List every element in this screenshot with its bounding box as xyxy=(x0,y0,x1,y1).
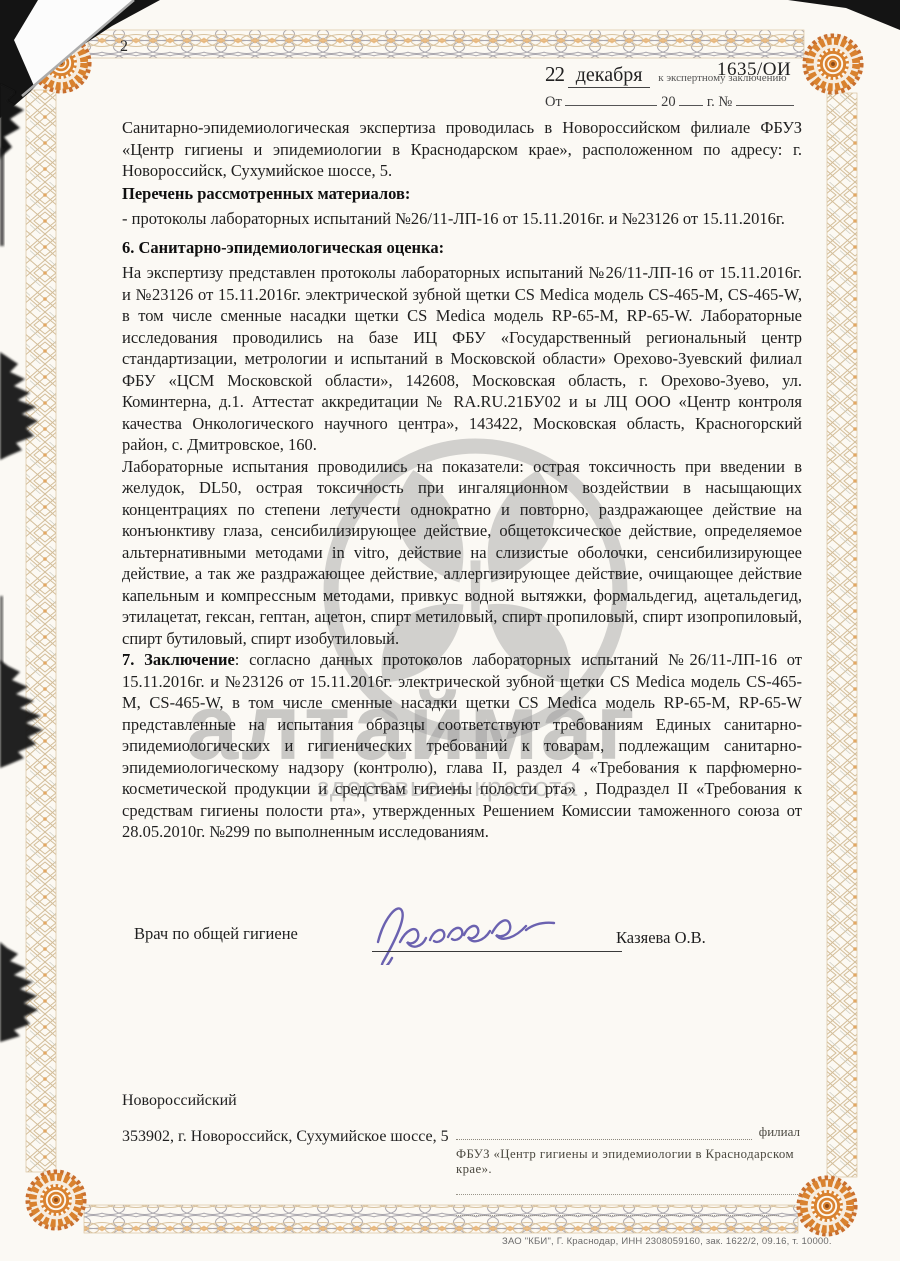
header-form-date-row: 22 декабря к экспертному заключению 1635… xyxy=(545,62,835,88)
section7-text: : согласно данных протоколов лабораторны… xyxy=(122,650,802,841)
materials-item: - протоколы лабораторных испытаний №26/1… xyxy=(122,208,802,230)
blank-line xyxy=(456,1127,752,1140)
printer-imprint: ЗАО "КБИ", Г. Краснодар, ИНН 2308059160,… xyxy=(502,1236,832,1247)
branch-address: 353902, г. Новороссийск, Сухумийское шос… xyxy=(122,1128,449,1146)
date-month: декабря xyxy=(568,64,651,88)
rosette-bottom-right xyxy=(797,1176,857,1236)
org-name: ФБУЗ «Центр гигиены и эпидемиологии в Кр… xyxy=(456,1147,800,1177)
section7-heading: 7. Заключение xyxy=(122,650,235,669)
filial-label: филиал xyxy=(759,1124,800,1140)
blank-line xyxy=(679,92,703,106)
rosette-top-left xyxy=(31,33,91,93)
rosette-bottom-left xyxy=(26,1170,86,1230)
border-band-left xyxy=(26,90,56,1172)
signer-name: Казяева О.В. xyxy=(616,928,706,948)
blank-line xyxy=(565,92,657,106)
branch-name: Новороссийский xyxy=(122,1092,237,1110)
section6-heading: 6. Санитарно-эпидемиологическая оценка: xyxy=(122,237,802,259)
from-label: От xyxy=(545,94,562,110)
year-suffix: г. № xyxy=(707,94,732,110)
blank-line xyxy=(456,1194,800,1195)
section7-paragraph: 7. Заключение: согласно данных протоколо… xyxy=(122,649,802,843)
intro-paragraph: Санитарно-эпидемиологическая экспертиза … xyxy=(122,117,802,182)
footer-org-block: филиал ФБУЗ «Центр гигиены и эпидемиолог… xyxy=(456,1124,800,1216)
handwritten-signature xyxy=(368,890,583,965)
header-form-number-row: От 20 г. № xyxy=(545,92,835,111)
filial-row: филиал xyxy=(456,1124,800,1140)
blank-line xyxy=(456,1215,779,1216)
materials-heading: Перечень рассмотренных материалов: xyxy=(122,183,802,205)
document-body: Санитарно-эпидемиологическая экспертиза … xyxy=(122,117,802,843)
section6-paragraph-1: На экспертизу представлен протоколы лабо… xyxy=(122,262,802,456)
blank-line xyxy=(736,92,794,106)
border-band-top xyxy=(88,30,804,58)
border-band-right xyxy=(827,93,857,1177)
doc-number: 1635/ОИ xyxy=(717,59,791,81)
signer-role: Врач по общей гигиене xyxy=(134,924,298,944)
signature-line xyxy=(372,951,622,952)
section6-paragraph-2: Лабораторные испытания проводились на по… xyxy=(122,456,802,650)
header-form: 22 декабря к экспертному заключению 1635… xyxy=(545,62,835,111)
year-prefix: 20 xyxy=(661,94,676,110)
page-number: 2 xyxy=(120,38,128,56)
date-day: 22 xyxy=(545,62,564,86)
scanned-document-page: алтаймаг здоровье и красота xyxy=(0,0,900,1261)
